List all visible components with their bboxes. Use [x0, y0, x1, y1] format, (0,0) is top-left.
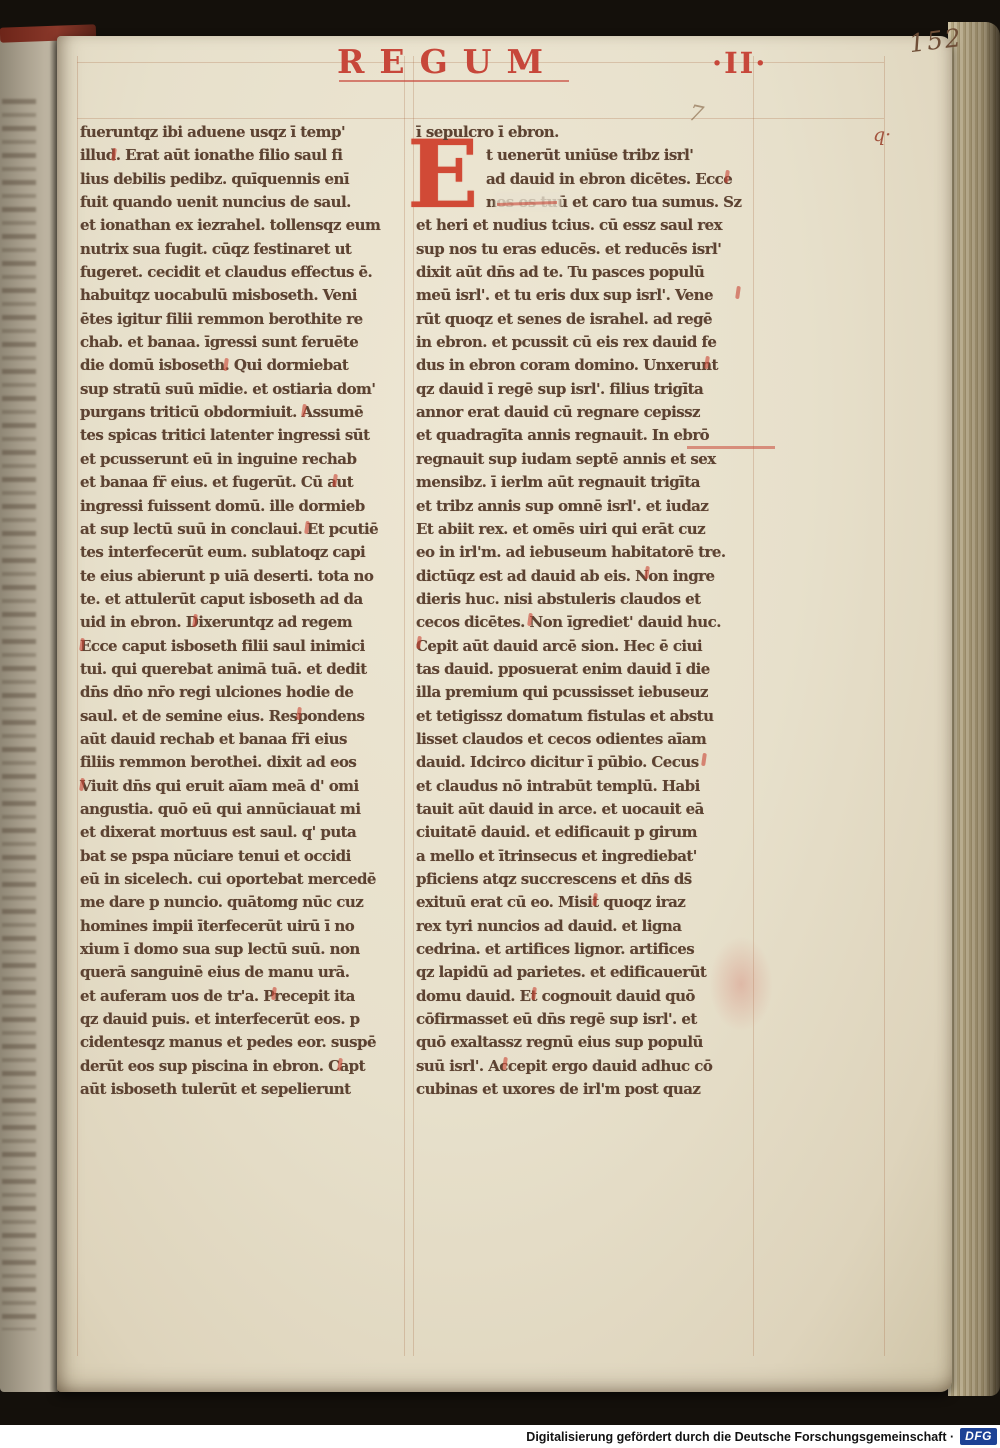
manuscript-line: et pcusserunt eū in inguine rechab: [80, 448, 410, 471]
manuscript-line: t uenerūt uniūse tribz isrl': [416, 144, 778, 167]
manuscript-line: lius debilis pedibz. quīquennis enī: [80, 168, 410, 191]
manuscript-line: qz dauid puis. et interfecerūt eos. p: [80, 1008, 410, 1031]
manuscript-line: fugeret. cecidit et claudus effectus ē.: [80, 261, 410, 284]
page-edge-stack: [948, 22, 1000, 1396]
manuscript-line: aūt dauid rechab et banaa fr̄i eius: [80, 728, 410, 751]
red-underline: [687, 446, 775, 449]
manuscript-line: et auferam uos de tr'a. Precepit ita: [80, 985, 410, 1008]
manuscript-line: annor erat dauid cū regnare cepissz: [416, 401, 778, 424]
manuscript-line: dixit aūt dn̄s ad te. Tu pasces populū: [416, 261, 778, 284]
digitization-footer: Digitalisierung gefördert durch die Deut…: [0, 1425, 1000, 1448]
manuscript-line: ētes igitur filii remmon berothite re: [80, 308, 410, 331]
running-title: REGUM: [337, 42, 558, 81]
chapter-number: ·II·: [712, 46, 767, 80]
manuscript-line: eo in irl'm. ad iebuseum habitatorē tre.: [416, 541, 778, 564]
dfg-logo: DFG: [960, 1428, 997, 1445]
manuscript-line: eū in sicelech. cui oportebat mercedē: [80, 868, 410, 891]
manuscript-line: rūt quoqz et senes de israhel. ad regē: [416, 308, 778, 331]
manuscript-line: saul. et de semine eius. Respondens: [80, 705, 410, 728]
manuscript-line: tes interfecerūt eum. sublatoqz capi: [80, 541, 410, 564]
manuscript-line: illa premium qui pcussisset iebuseuz: [416, 681, 778, 704]
ruling-line: [413, 56, 414, 1356]
manuscript-line: tauit aūt dauid in arce. et uocauit eā: [416, 798, 778, 821]
ruling-line: [77, 118, 884, 119]
manuscript-line: fuit quando uenit nuncius de saul.: [80, 191, 410, 214]
manuscript-line: ciuitatē dauid. et edificauit p girum: [416, 821, 778, 844]
manuscript-line: derūt eos sup piscina in ebron. Capt: [80, 1055, 410, 1078]
manuscript-line: et tetigissz domatum fistulas et abstu: [416, 705, 778, 728]
manuscript-line: et banaa fr̄ eius. et fugerūt. Cū aut: [80, 471, 410, 494]
manuscript-line: tas dauid. pposuerat enim dauid ī die: [416, 658, 778, 681]
manuscript-line: cecos dicētes. Non īgrediet' dauid huc.: [416, 611, 778, 634]
running-title-underline: [339, 80, 569, 82]
text-column-left: fueruntqz ibi aduene usqz ī temp'illud. …: [80, 121, 410, 1101]
manuscript-line: dictūqz est ad dauid ab eis. Non ingre: [416, 565, 778, 588]
manuscript-line: angustia. quō eū qui annūciauat mi: [80, 798, 410, 821]
facing-page-text-fragments: [2, 90, 36, 1330]
parchment-page: REGUM ·II· 152 q· 7 fueruntqz ibi aduene…: [57, 36, 952, 1392]
manuscript-line: quō exaltassz regnū eius sup populū: [416, 1031, 778, 1054]
manuscript-line: chab. et banaa. īgressi sunt feruēte: [80, 331, 410, 354]
manuscript-line: Et abiit rex. et omēs uiri qui erāt cuz: [416, 518, 778, 541]
manuscript-line: xium ī domo sua sup lectū suū. non: [80, 938, 410, 961]
manuscript-line: tes spicas tritici latenter ingressi sūt: [80, 424, 410, 447]
manuscript-line: tui. qui querebat animā tuā. et dedit: [80, 658, 410, 681]
manuscript-line: et dixerat mortuus est saul. q' puta: [80, 821, 410, 844]
parchment-stain: [709, 936, 773, 1032]
manuscript-line: homines impii īterfecerūt uirū ī no: [80, 915, 410, 938]
manuscript-line: mensibz. ī ierlm aūt regnauit trigīta: [416, 471, 778, 494]
manuscript-line: Cepit aūt dauid arcē sion. Hec ē ciui: [416, 635, 778, 658]
quire-mark: q·: [873, 124, 891, 146]
manuscript-line: die domū isboseth. Qui dormiebat: [80, 354, 410, 377]
manuscript-line: uid in ebron. Dixeruntqz ad regem: [80, 611, 410, 634]
manuscript-line: pficiens atqz succrescens et dn̄s ds̄: [416, 868, 778, 891]
facing-page-edge: [0, 30, 58, 1392]
manuscript-line: meū isrl'. et tu eris dux sup isrl'. Ven…: [416, 284, 778, 307]
manuscript-line: et heri et nudius tcius. cū essz saul re…: [416, 214, 778, 237]
manuscript-photo: REGUM ·II· 152 q· 7 fueruntqz ibi aduene…: [0, 0, 1000, 1425]
manuscript-line: et quadragīta annis regnauit. In ebrō: [416, 424, 778, 447]
manuscript-line: ī sepulcro ī ebron.: [416, 121, 778, 144]
manuscript-line: nos os tuū et caro tua sumus. Sz: [416, 191, 778, 214]
manuscript-line: dus in ebron coram domino. Unxerunt: [416, 354, 778, 377]
manuscript-line: lisset claudos et cecos odientes aīam: [416, 728, 778, 751]
manuscript-line: et tribz annis sup omnē isrl'. et iudaz: [416, 495, 778, 518]
manuscript-line: purgans triticū obdormiuit. Assumē: [80, 401, 410, 424]
credit-text: Digitalisierung gefördert durch die Deut…: [526, 1430, 954, 1444]
manuscript-line: sup stratū suū mīdie. et ostiaria dom': [80, 378, 410, 401]
manuscript-line: regnauit sup iudam septē annis et sex: [416, 448, 778, 471]
manuscript-line: sup nos tu eras educēs. et reducēs isrl': [416, 238, 778, 261]
ruling-line: [884, 56, 885, 1356]
manuscript-line: dauid. Idcirco dicitur ī pūbio. Cecus: [416, 751, 778, 774]
manuscript-line: fueruntqz ibi aduene usqz ī temp': [80, 121, 410, 144]
manuscript-line: rex tyri nuncios ad dauid. et ligna: [416, 915, 778, 938]
manuscript-line: Ecce caput isboseth filii saul inimici: [80, 635, 410, 658]
manuscript-line: dn̄s dn̄o nr̄o regi ulciones hodie de: [80, 681, 410, 704]
manuscript-line: te. et attulerūt caput isboseth ad da: [80, 588, 410, 611]
manuscript-line: habuitqz uocabulū misboseth. Veni: [80, 284, 410, 307]
manuscript-line: bat se pspa nūciare tenui et occidi: [80, 845, 410, 868]
manuscript-line: Viuit dn̄s qui eruit aīam meā d' omi: [80, 775, 410, 798]
manuscript-line: cubinas et uxores de irl'm post quaz: [416, 1078, 778, 1101]
manuscript-line: aūt isboseth tulerūt et sepelierunt: [80, 1078, 410, 1101]
manuscript-line: et ionathan ex iezrahel. tollensqz eum: [80, 214, 410, 237]
ruling-line: [77, 56, 78, 1356]
manuscript-line: ingressi fuissent domū. ille dormieb: [80, 495, 410, 518]
manuscript-line: nutrix sua fugit. cūqz festinaret ut: [80, 238, 410, 261]
manuscript-line: me dare p nuncio. quātomg nūc cuz: [80, 891, 410, 914]
manuscript-line: at sup lectū suū in conclaui. Et pcutiē: [80, 518, 410, 541]
manuscript-line: a mello et ītrinsecus et ingrediebat': [416, 845, 778, 868]
manuscript-line: cidentesqz manus et pedes eor. suspē: [80, 1031, 410, 1054]
manuscript-line: suū isrl'. Accepit ergo dauid adhuc cō: [416, 1055, 778, 1078]
manuscript-line: filiis remmon berothei. dixit ad eos: [80, 751, 410, 774]
manuscript-line: querā sanguinē eius de manu urā.: [80, 961, 410, 984]
manuscript-line: te eius abierunt p uiā deserti. tota no: [80, 565, 410, 588]
manuscript-line: illud. Erat aūt ionathe filio saul fi: [80, 144, 410, 167]
manuscript-line: in ebron. et pcussit cū eis rex dauid fe: [416, 331, 778, 354]
manuscript-line: dieris huc. nisi abstuleris claudos et: [416, 588, 778, 611]
manuscript-line: et claudus nō intrabūt templū. Habi: [416, 775, 778, 798]
manuscript-line: qz dauid ī regē sup isrl'. filius trigīt…: [416, 378, 778, 401]
